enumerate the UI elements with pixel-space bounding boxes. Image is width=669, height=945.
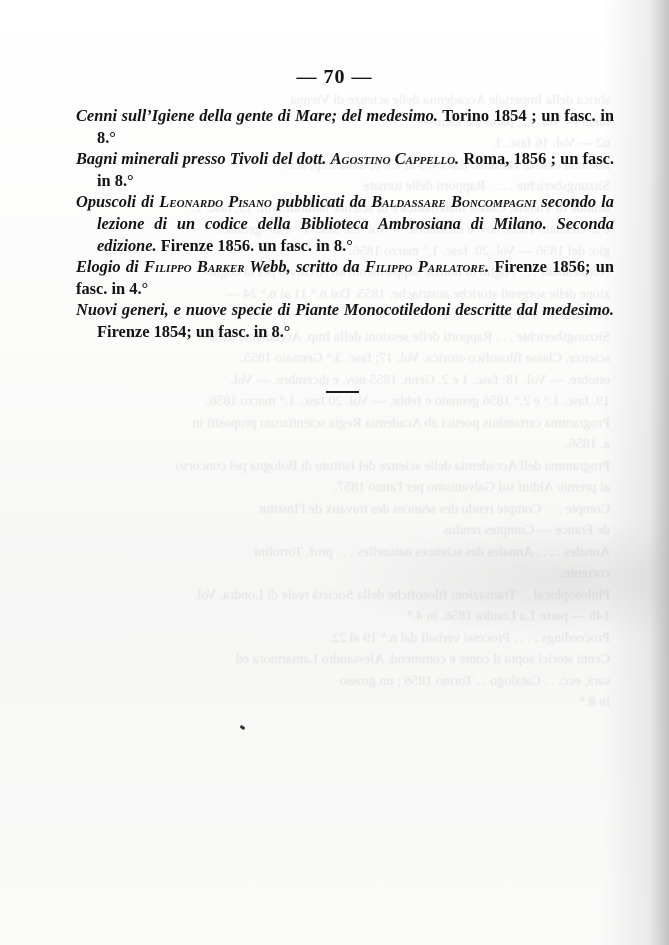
entry-title: Bagni minerali presso Tivoli del dott. (76, 149, 331, 168)
entry-title-mid: pubblicati da (272, 192, 371, 211)
entry-subject: Filippo Barker (144, 257, 245, 276)
entry-author: Leonardo Pisano (159, 192, 272, 211)
section-divider (326, 391, 359, 393)
page-number: — 70 — (0, 66, 669, 89)
entry-editor: Baldassare Boncompagni (371, 192, 536, 211)
bibliography-entry: Elogio di Filippo Barker Webb, scritto d… (76, 256, 614, 299)
entry-subject-surname: Webb (245, 257, 287, 276)
entry-imprint: Firenze 1856. un fasc. in 8.° (157, 236, 353, 255)
entry-title-mid: , scritto da (287, 257, 365, 276)
entry-title: Nuovi generi, e nuove specie di Piante M… (76, 300, 614, 319)
bibliography-entry: Cenni sull’Igiene della gente di Mare; d… (76, 105, 614, 148)
entry-author: Filippo Parlatore. (365, 257, 489, 276)
entry-imprint: Firenze 1854; un fasc. in 8.° (97, 322, 290, 341)
bibliography-entry: Nuovi generi, e nuove specie di Piante M… (76, 299, 614, 342)
entry-author: Agostino Cappello. (331, 149, 460, 168)
entry-title-prefix: Elogio di (76, 257, 144, 276)
entry-title-prefix: Opuscoli di (76, 192, 159, 211)
bibliography-entry: Bagni minerali presso Tivoli del dott. A… (76, 148, 614, 191)
entry-title: Cenni sull’Igiene della gente di Mare; d… (76, 106, 438, 125)
bibliography-list: Cenni sull’Igiene della gente di Mare; d… (76, 105, 614, 343)
bibliography-entry: Opuscoli di Leonardo Pisano pubblicati d… (76, 191, 614, 256)
